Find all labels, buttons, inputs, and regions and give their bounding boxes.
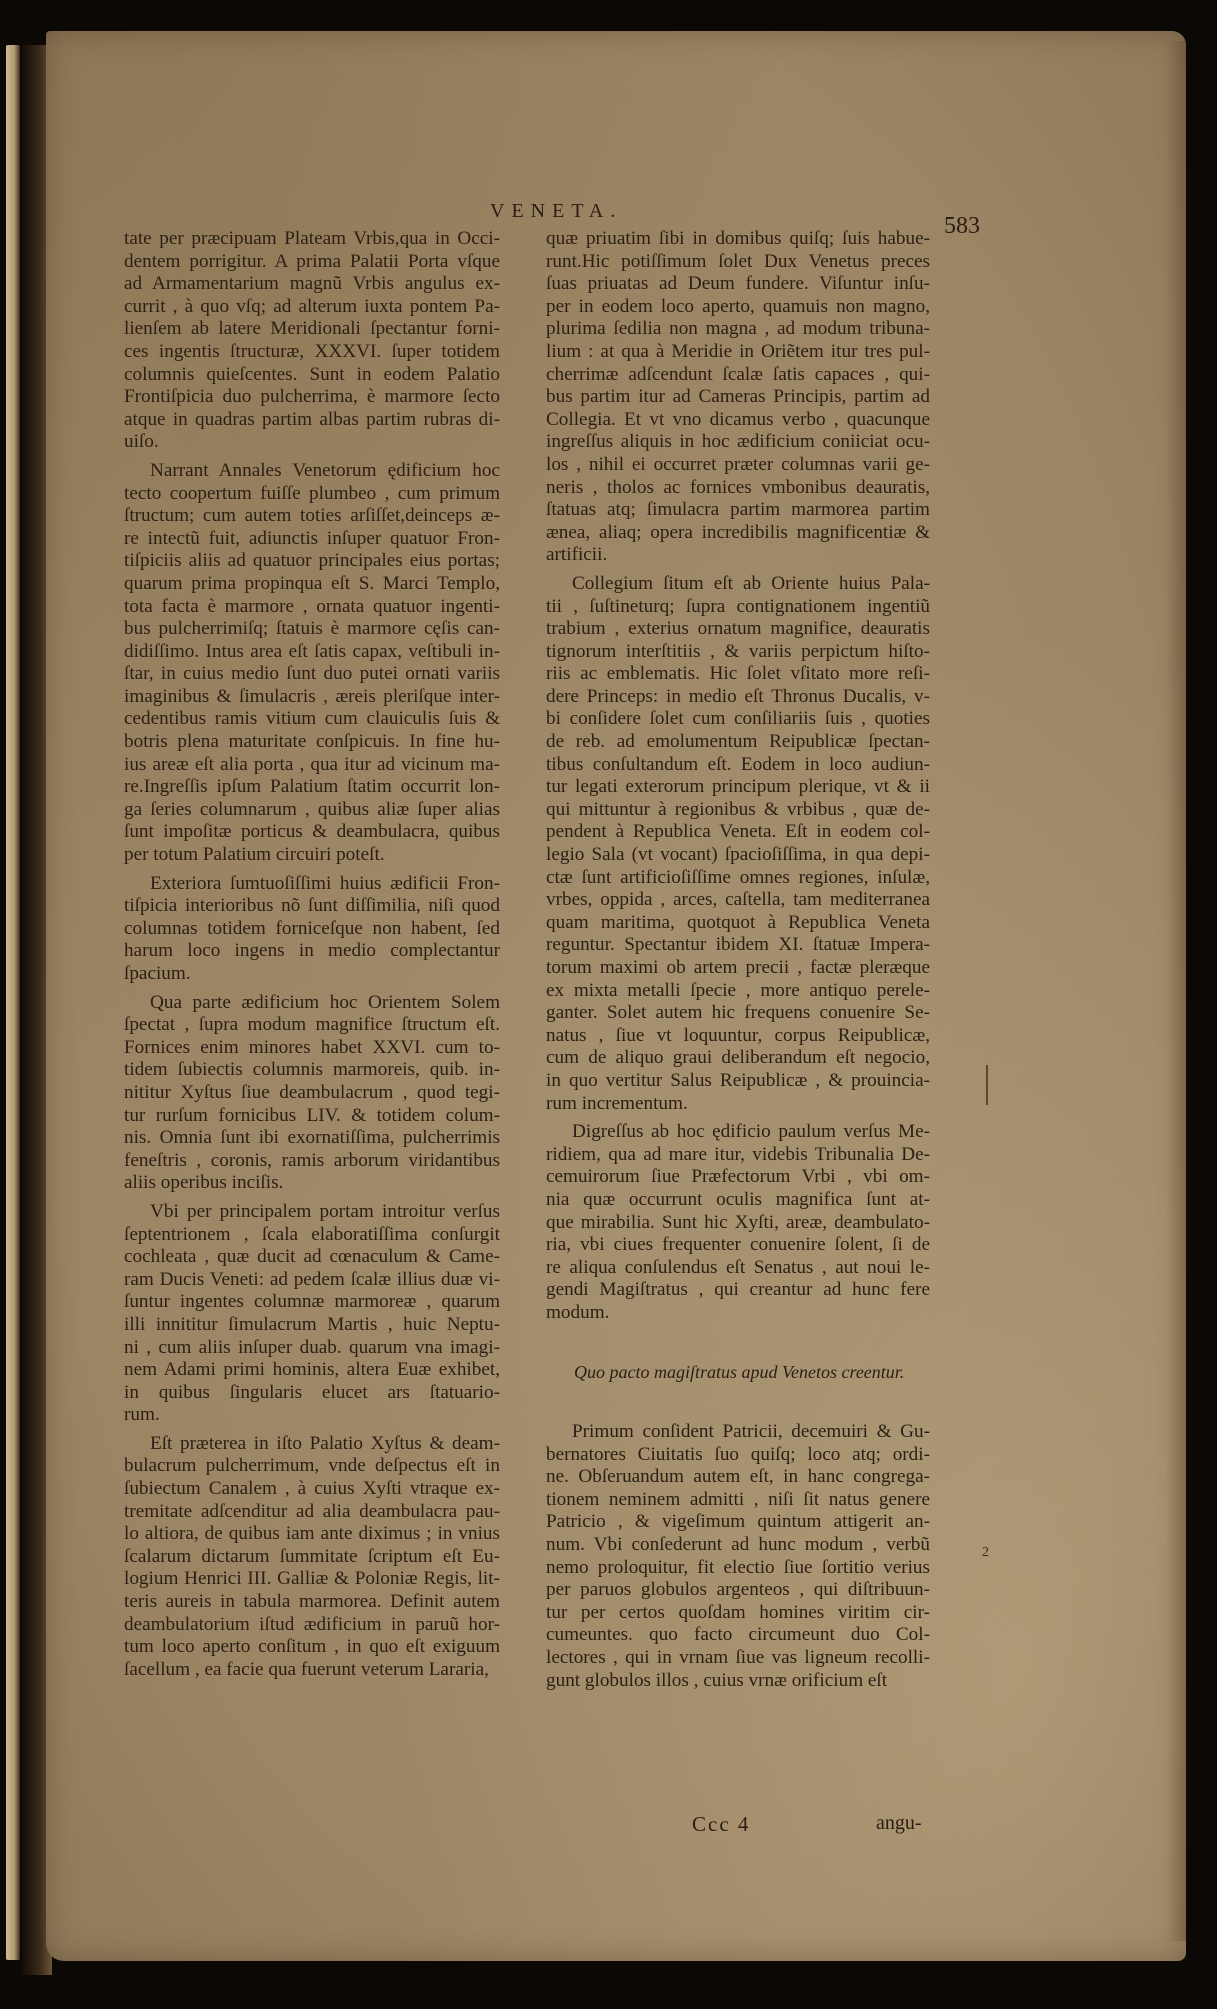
page-number: 583 [944, 213, 980, 240]
text-line: Patricio , & vigeſimum quintum attigerit… [546, 1511, 930, 1534]
text-line: ctæ ſunt artificioſiſſime omnes regiones… [546, 867, 930, 890]
text-line: lectores , qui in vrnam ſiue vas ligneum… [546, 1647, 930, 1670]
text-line: didiſſimo. Intus area eſt ſatis capax, v… [124, 641, 500, 664]
text-line: plurima ſedilia non magna , ad modum tri… [546, 318, 930, 341]
text-line: ſtructum; cum autem toties arſiſſet,dein… [124, 505, 500, 528]
page-edge-shading [1166, 41, 1186, 1941]
text-line: ridiem, qua ad mare itur, videbis Tribun… [546, 1144, 930, 1167]
text-line: re intectũ fuit, adiunctis inſuper quatu… [124, 528, 500, 551]
text-line: rum. [124, 1404, 500, 1427]
text-line: deambulatorium iſtud ædificium in paruũ … [124, 1614, 500, 1637]
text-line: rum incrementum. [546, 1093, 930, 1116]
text-line: tate per præcipuam Plateam Vrbis,qua in … [124, 228, 500, 251]
text-line: ſeptentrionem , ſcala elaboratiſſima con… [124, 1224, 500, 1247]
paper-crease-mark [986, 1065, 988, 1105]
text-line: tidem ſubiectis columnis marmoreis, quib… [124, 1059, 500, 1082]
text-line: pendent à Republica Veneta. Eſt in eodem… [546, 821, 930, 844]
text-line: ſpacium. [124, 963, 500, 986]
text-line: tecto coopertum fuiſſe plumbeo , cum pri… [124, 483, 500, 506]
text-line: nia quæ occurrunt oculis magnifica ſunt … [546, 1189, 930, 1212]
text-line: ne. Obſeruandum autem eſt, in hanc congr… [546, 1466, 930, 1489]
text-line: tignorum interſtitiis , & variis perpict… [546, 641, 930, 664]
text-line: Vbi per principalem portam introitur ver… [124, 1201, 500, 1224]
text-line: vrbes, oppida , arces, caſtella, tam med… [546, 889, 930, 912]
text-line: nis. Omnia ſunt ibi exornatiſſima, pulch… [124, 1127, 500, 1150]
text-line: tibus conſultandum eſt. Eodem in loco au… [546, 754, 930, 777]
text-line: nititur Xyſtus ſiue deambulacrum , quod … [124, 1082, 500, 1105]
text-line: ius areæ eſt alia porta , qua itur ad vi… [124, 754, 500, 777]
text-line: los , nihil ei occurret præter columnas … [546, 454, 930, 477]
running-head: VENETA. [490, 200, 622, 223]
text-line: natus , ſiue vt loquuntur, corpus Reipub… [546, 1025, 930, 1048]
text-line: ſacellum , ea facie qua fuerunt veterum … [124, 1659, 500, 1682]
catchword: angu- [876, 1812, 922, 1835]
text-line: ſuntur ingentes columnæ marmoreæ , quaru… [124, 1291, 500, 1314]
text-line: cochleata , quæ ducit ad cœnaculum & Cam… [124, 1246, 500, 1269]
text-line: tremitate adſcenditur ad alia deambulacr… [124, 1501, 500, 1524]
text-line: teris aureis in tabula marmorea. Definit… [124, 1591, 500, 1614]
paragraph: Qua parte ædificium hoc Orientem Solemſp… [124, 992, 500, 1195]
text-line: ſpectat , ſupra modum magnifice ſtructum… [124, 1014, 500, 1037]
text-line: modum. [546, 1302, 930, 1325]
text-line: Digreſſus ab hoc ędificio paulum verſus … [546, 1121, 930, 1144]
text-line: Narrant Annales Venetorum ędificium hoc [124, 460, 500, 483]
text-line: legio Sala (vt vocant) ſpacioſiſſima, in… [546, 844, 930, 867]
text-line: ria, vbi ciues frequenter conuenire ſole… [546, 1234, 930, 1257]
text-line: Exteriora ſumtuoſiſſimi huius ædificii F… [124, 873, 500, 896]
text-line: per totum Palatium circuiri poteſt. [124, 844, 500, 867]
text-line: Frontiſpicia duo pulcherrima, è marmore … [124, 386, 500, 409]
text-line: bus partim itur ad Cameras Principis, pa… [546, 386, 930, 409]
right-text-column: quæ priuatim ſibi in domibus quiſq; ſuis… [546, 228, 930, 1698]
text-line: artificii. [546, 544, 930, 567]
text-line: tiſpiciis aliis ad quatuor principales e… [124, 550, 500, 573]
text-line: gendi Magiſtratus , qui creantur ad hunc… [546, 1279, 930, 1302]
adjacent-page-edge [6, 45, 20, 1960]
text-line: currit , à quo vſq; ad alterum iuxta pon… [124, 296, 500, 319]
text-line: neris , tholos ac fornices vmbonibus dea… [546, 477, 930, 500]
text-line: botris plena maturitate conſpicuis. In f… [124, 731, 500, 754]
text-line: columnis quieſcentes. Sunt in eodem Pala… [124, 364, 500, 387]
text-line: Primum conſident Patricii, decemuiri & G… [546, 1421, 930, 1444]
text-line: bulacrum pulcherrimum, vnde deſpectus eſ… [124, 1455, 500, 1478]
text-line: Qua parte ædificium hoc Orientem Solem [124, 992, 500, 1015]
text-line: bernatores Ciuitatis ſuo quiſq; loco atq… [546, 1444, 930, 1467]
text-line: ingreſſus aliquis in hoc ædificium conii… [546, 431, 930, 454]
text-line: cumeuntes. quo facto circumeunt duo Col- [546, 1624, 930, 1647]
text-line: ænea, aliaq; opera incredibilis magnific… [546, 522, 930, 545]
text-line: in quibus ſingularis elucet ars ſtatuari… [124, 1382, 500, 1405]
text-line: que mirabilia. Sunt hic Xyſti, areæ, dea… [546, 1212, 930, 1235]
text-line: Fornices enim minores habet XXVI. cum to… [124, 1037, 500, 1060]
text-line: per paruos globulos argenteos , qui diſt… [546, 1579, 930, 1602]
text-line: aliis operibus inciſis. [124, 1172, 500, 1195]
paragraph: tate per præcipuam Plateam Vrbis,qua in … [124, 228, 500, 454]
text-line: imaginibus & ſimulacris , æreis pleriſqu… [124, 686, 500, 709]
text-line: gunt globulos illos , cuius vrnæ orifici… [546, 1670, 930, 1693]
text-line: tur rurſum fornicibus LIV. & totidem col… [124, 1105, 500, 1128]
paragraph: Eſt præterea in iſto Palatio Xyſtus & de… [124, 1433, 500, 1682]
text-line: columnas totidem forniceſque non habent,… [124, 918, 500, 941]
text-line: cherrimæ adſcendunt ſcalæ ſatis capaces … [546, 364, 930, 387]
text-line: bi conſidere ſolet cum conſiliariis ſuis… [546, 708, 930, 731]
text-line: dere Princeps: in medio eſt Thronus Duca… [546, 686, 930, 709]
paragraph: Collegium ſitum eſt ab Oriente huius Pal… [546, 573, 930, 1115]
text-line: tiſpicia interioribus nõ ſunt diſſimilia… [124, 895, 500, 918]
text-line: cum de aliquo graui deliberandum eſt neg… [546, 1047, 930, 1070]
text-line: ram Ducis Veneti: ad pedem ſcalæ illius … [124, 1269, 500, 1292]
text-line: tur legati exterorum principum plerique,… [546, 776, 930, 799]
text-line: ganter. Solet autem hic frequens conueni… [546, 1002, 930, 1025]
text-line: ces ingentis ſtructuræ, XXXVI. ſuper tot… [124, 341, 500, 364]
text-line: ad Armamentarium magnũ Vrbis angulus ex- [124, 273, 500, 296]
paragraph: Primum conſident Patricii, decemuiri & G… [546, 1421, 930, 1692]
text-line: quæ priuatim ſibi in domibus quiſq; ſuis… [546, 228, 930, 251]
text-line: tum loco aperto conſitum , in quo eſt ex… [124, 1636, 500, 1659]
text-line: uiſo. [124, 431, 500, 454]
margin-note: 2 [982, 1545, 989, 1561]
text-line: ſcalarum dictarum ſummitate ſcriptum eſt… [124, 1546, 500, 1569]
section-subheading: Quo pacto magiſtratus apud Venetos creen… [574, 1361, 930, 1384]
text-line: ſubiectum Canalem , à cuius Xyſti vtraqu… [124, 1478, 500, 1501]
text-line: nemo proloquitur, fit electio ſiue ſorti… [546, 1557, 930, 1580]
text-line: Eſt præterea in iſto Palatio Xyſtus & de… [124, 1433, 500, 1456]
text-line: nem Adami primi hominis, altera Euæ exhi… [124, 1359, 500, 1382]
text-line: ſtatuas atq; ſimulacra partim marmorea p… [546, 499, 930, 522]
text-line: torum maximi ob artem precii , factæ ple… [546, 957, 930, 980]
text-line: ſtar, in cuius medio ſunt duo putei orna… [124, 663, 500, 686]
text-line: Collegium ſitum eſt ab Oriente huius Pal… [546, 573, 930, 596]
text-line: atque in quadras partim albas partim rub… [124, 409, 500, 432]
text-line: lienſem ab latere Meridionali ſpectantur… [124, 318, 500, 341]
text-line: cedentibus ramis vitium cum clauiculis ſ… [124, 708, 500, 731]
text-line: reguntur. Spectantur ibidem XI. ſtatuæ I… [546, 934, 930, 957]
paragraph: Exteriora ſumtuoſiſſimi huius ædificii F… [124, 873, 500, 986]
text-line: tota facta è marmore , ornata quatuor in… [124, 596, 500, 619]
text-line: lo altiora, de quibus iam ante diximus ;… [124, 1523, 500, 1546]
text-line: lium : at qua à Meridie in Oriẽtem itur … [546, 341, 930, 364]
text-line: re.Ingreſſis ipſum Palatium ſtatim occur… [124, 776, 500, 799]
paragraph: Narrant Annales Venetorum ędificium hoct… [124, 460, 500, 867]
text-line: ni , cum aliis inſuper duab. quarum vna … [124, 1337, 500, 1360]
text-line: re aliqua conſulendus eſt Senatus , aut … [546, 1257, 930, 1280]
text-line: tii , ſuſtineturq; ſupra contignationem … [546, 596, 930, 619]
text-line: Collegia. Et vt vno dicamus verbo , quac… [546, 409, 930, 432]
paragraph: quæ priuatim ſibi in domibus quiſq; ſuis… [546, 228, 930, 567]
text-line: ſunt impoſitæ porticus & deambulacra, qu… [124, 821, 500, 844]
left-text-column: tate per præcipuam Plateam Vrbis,qua in … [124, 228, 500, 1687]
text-line: harum loco ingens in medio complectantur [124, 940, 500, 963]
text-line: tionem neminem admitti , niſi ſit natus … [546, 1489, 930, 1512]
paragraph: Digreſſus ab hoc ędificio paulum verſus … [546, 1121, 930, 1324]
text-line: qui mittuntur à regionibus & vrbibus , q… [546, 799, 930, 822]
text-line: ex mixta metalli ſpecie , more antiquo p… [546, 980, 930, 1003]
signature-mark: Ccc 4 [692, 1812, 750, 1837]
text-line: illi innititur ſimulacrum Martis , huic … [124, 1314, 500, 1337]
text-line: riis ac emblematis. Hic ſolet vſitato mo… [546, 663, 930, 686]
text-line: in quo vertitur Salus Reipublicæ , & pro… [546, 1070, 930, 1093]
text-line: trabium , exterius ornatum magnifice, de… [546, 618, 930, 641]
text-line: tur per certos quoſdam homines viritim c… [546, 1602, 930, 1625]
text-line: ga ſeries columnarum , quibus aliæ ſuper… [124, 799, 500, 822]
text-line: bus pulcherrimiſq; ſtatuis è marmore cęſ… [124, 618, 500, 641]
text-line: de reb. ad emolumentum Reipublicæ ſpecta… [546, 731, 930, 754]
text-line: num. Vbi conſederunt ad hunc modum , ver… [546, 1534, 930, 1557]
text-line: dentem porrigitur. A prima Palatii Porta… [124, 251, 500, 274]
paragraph: Vbi per principalem portam introitur ver… [124, 1201, 500, 1427]
text-line: cemuirorum ſiue Præfectorum Vrbi , vbi o… [546, 1166, 930, 1189]
text-line: ſuas priuatas ad Deum fundere. Viſuntur … [546, 273, 930, 296]
text-line: logium Henrici III. Galliæ & Poloniæ Reg… [124, 1568, 500, 1591]
text-line: runt.Hic potiſſimum ſolet Dux Venetus pr… [546, 251, 930, 274]
text-line: quam maritima, quotquot à Republica Vene… [546, 912, 930, 935]
text-line: feneſtris , coronis, ramis arborum virid… [124, 1150, 500, 1173]
text-line: per in eodem loco aperto, quamuis non ma… [546, 296, 930, 319]
text-line: quarum prima propinqua eſt S. Marci Temp… [124, 573, 500, 596]
